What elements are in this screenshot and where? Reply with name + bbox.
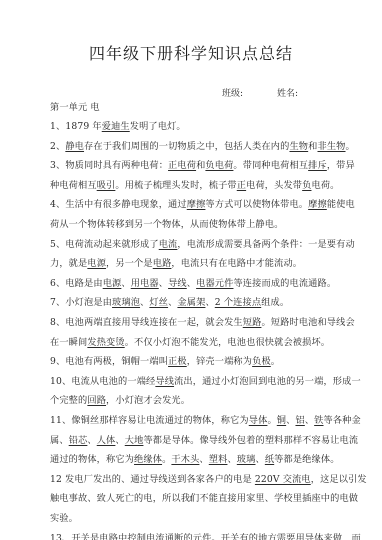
text-segment: 。不仅小灯泡不能发光，电池也很快就会被损坏。 <box>125 337 330 348</box>
text-line: 8、电池两端直接用导线连接在一起，就会发生短路。短路时电池和导线会 <box>50 317 350 329</box>
text-segment: 属、 <box>50 435 69 446</box>
text-segment: 电荷，头发带 <box>246 180 302 191</box>
key-term: 爱迪生 <box>102 121 130 132</box>
key-term: 正极 <box>168 356 187 367</box>
text-line: 触电事故、致人死亡的电，所以我们不能直接用家里、学校里插座中的电做 <box>50 493 350 505</box>
key-term: 灯丝 <box>149 297 168 308</box>
page-number: 1 <box>189 496 193 503</box>
key-term: 导线 <box>168 278 187 289</box>
key-term: 发热变烫 <box>87 337 124 348</box>
text-segment: 和 <box>308 141 317 152</box>
key-term: 铅芯 <box>69 435 88 446</box>
key-term: 铜 <box>277 415 286 426</box>
document-page: 四年级下册科学知识点总结 班级: 姓名: 第一单元 电 1、1879 年爱迪生发… <box>0 0 382 540</box>
text-segment: 等都是导体。像导线外包着的塑料那样不容易让电流 <box>143 435 358 446</box>
text-segment: 等各种金 <box>324 415 361 426</box>
key-term: 干木头 <box>171 454 199 465</box>
key-term: 电源 <box>103 278 122 289</box>
text-segment: ，另一个是 <box>106 258 153 269</box>
text-segment: 荷从一个物体转移到另一个物体，从而使物体带上静电。 <box>50 219 283 230</box>
text-line: 4、生活中有很多静电现象，通过摩擦等方式可以使物体带电。摩擦能使电 <box>50 199 350 211</box>
text-segment: ，这足以引发 <box>311 474 367 485</box>
text-line: 种电荷相互吸引。用梳子梳理头发时，梳子带正电荷，头发带负电荷。 <box>50 180 350 192</box>
text-segment: 7、小灯泡是由 <box>50 297 112 308</box>
text-segment: 9、电池有两极，铜帽一端叫 <box>50 356 168 367</box>
text-segment: 13、 <box>50 533 71 540</box>
text-segment: 、 <box>121 278 130 289</box>
key-term: 静电 <box>65 141 84 152</box>
text-segment: 。 <box>346 141 355 152</box>
text-line: 通过的物体，称它为绝缘体。干木头、塑料、玻璃、纸等都是绝缘体。 <box>50 454 350 466</box>
key-term: 非生物 <box>318 141 346 152</box>
document-title: 四年级下册科学知识点总结 <box>0 41 382 64</box>
key-term: 吸引 <box>97 180 116 191</box>
text-segment: 、 <box>199 454 208 465</box>
class-label: 班级: <box>222 86 243 99</box>
key-term: 大地 <box>125 435 144 446</box>
key-term: 生物 <box>289 141 308 152</box>
key-term: 排斥 <box>308 160 327 171</box>
key-term: 负极 <box>252 356 271 367</box>
key-term: 2 个连接点 <box>215 297 261 308</box>
text-line: 13、开关是电路中控制电流通断的元件。开关有的地方需要用导体来做，而 <box>50 533 350 540</box>
text-segment: 。带同种电荷相互 <box>233 160 308 171</box>
key-term: 开关 <box>71 533 90 540</box>
text-segment: 11、像铜丝那样容易让电流通过的物体，称它为 <box>50 415 249 426</box>
text-segment: 。 <box>271 356 280 367</box>
text-segment: 电荷。 <box>311 180 339 191</box>
text-line: 10、电流从电池的一端经导线流出，通过小灯泡回到电池的另一端，形成一 <box>50 376 350 388</box>
key-term: 导体 <box>249 415 268 426</box>
text-segment: 发明了电灯。 <box>130 121 186 132</box>
text-segment: 、 <box>159 278 168 289</box>
text-line: 荷从一个物体转移到另一个物体，从而使物体带上静电。 <box>50 219 350 231</box>
text-segment: 组成。 <box>261 297 289 308</box>
text-segment: 能使电 <box>327 199 355 210</box>
key-term: 人体 <box>97 435 116 446</box>
text-segment: 、 <box>115 435 124 446</box>
text-line: 5、电荷流动起来就形成了电流，电流形成需要具备两个条件：一是要有动 <box>50 239 350 251</box>
text-segment: 流出，通过小灯泡回到电池的另一端，形成一 <box>174 376 361 387</box>
text-segment: 和 <box>196 160 205 171</box>
text-segment: 、 <box>227 454 236 465</box>
key-term: 绝缘体 <box>134 454 162 465</box>
text-segment: 触电事故、致人死亡的电，所以我们不能直接用家里、学校里插座中的电做 <box>50 493 358 504</box>
key-term: 玻璃泡 <box>112 297 140 308</box>
text-segment: 。 <box>162 454 171 465</box>
key-term: 正电荷 <box>168 160 196 171</box>
key-term: 正 <box>237 180 246 191</box>
key-term: 铁 <box>314 415 323 426</box>
text-segment: 。 <box>267 415 276 426</box>
text-segment: 1、1879 年 <box>50 121 102 132</box>
text-line: 6、电路是由电源、用电器、导线、电器元件等连接而成的电流通路。 <box>50 278 350 290</box>
text-segment: 来做，而 <box>323 533 360 540</box>
key-term: 短路 <box>243 317 262 328</box>
text-segment: 12 发电厂发出的、通过导线送到各家各户的电是 <box>50 474 255 485</box>
text-segment: 等连接而成的电流通路。 <box>233 278 336 289</box>
key-term: 220V 交流电 <box>255 474 311 485</box>
name-label: 姓名: <box>277 86 298 99</box>
key-term: 用电器 <box>131 278 159 289</box>
key-term: 摩擦 <box>308 199 327 210</box>
text-segment: ，带异 <box>327 160 355 171</box>
text-line: 2、静电存在于我们周围的一切物质之中，包括人类在内的生物和非生物。 <box>50 141 350 153</box>
text-line: 在一瞬间发热变烫。不仅小灯泡不能发光，电池也很快就会被损坏。 <box>50 337 350 349</box>
text-segment: ，锌壳一端称为 <box>187 356 252 367</box>
key-term: 玻璃 <box>237 454 256 465</box>
text-segment: 在一瞬间 <box>50 337 87 348</box>
key-term: 电源 <box>87 258 106 269</box>
unit-heading: 第一单元 电 <box>50 102 350 114</box>
text-segment: 6、电路是由 <box>50 278 103 289</box>
text-segment: 3、物质同时具有两种电荷： <box>50 160 168 171</box>
key-term: 电流 <box>159 239 178 250</box>
key-term: 导线 <box>155 376 174 387</box>
text-line: 12 发电厂发出的、通过导线送到各家各户的电是 220V 交流电，这足以引发 <box>50 474 350 486</box>
text-segment: 。用梳子梳理头发时，梳子带 <box>115 180 236 191</box>
text-segment: 、 <box>305 415 314 426</box>
text-segment: 8、电池两端直接用导线连接在一起，就会发生 <box>50 317 243 328</box>
text-line: 个完整的回路，小灯泡才会发光。 <box>50 395 350 407</box>
key-term: 纸 <box>265 454 274 465</box>
text-segment: 、 <box>187 278 196 289</box>
text-segment: 。短路时电池和导线会 <box>261 317 354 328</box>
text-segment: 、 <box>140 297 149 308</box>
text-segment: 是电路中控制电流通断的元件。开关有的地方需要用 <box>90 533 305 540</box>
text-segment: ，电流形成需要具备两个条件：一是要有动 <box>177 239 354 250</box>
key-term: 导体 <box>305 533 324 540</box>
text-segment: 存在于我们周围的一切物质之中，包括人类在内的 <box>84 141 289 152</box>
text-segment: 10、电流从电池的一端经 <box>50 376 155 387</box>
text-segment: 实验。 <box>50 513 78 524</box>
text-line: 力，就是电源，另一个是电路，电流只有在电路中才能流动。 <box>50 258 350 270</box>
key-term: 摩擦 <box>187 199 206 210</box>
text-segment: 等方式可以使物体带电。 <box>205 199 308 210</box>
text-segment: 、 <box>205 297 214 308</box>
text-line: 实验。 <box>50 513 350 525</box>
text-segment: 等都是绝缘体。 <box>274 454 339 465</box>
key-term: 塑料 <box>209 454 228 465</box>
key-term: 负电荷 <box>205 160 233 171</box>
text-segment: 种电荷相互 <box>50 180 97 191</box>
text-line: 属、铅芯、人体、大地等都是导体。像导线外包着的塑料那样不容易让电流 <box>50 435 350 447</box>
text-line: 7、小灯泡是由玻璃泡、灯丝、金属架、2 个连接点组成。 <box>50 297 350 309</box>
key-term: 金属架 <box>177 297 205 308</box>
text-line: 3、物质同时具有两种电荷：正电荷和负电荷。带同种电荷相互排斥，带异 <box>50 160 350 172</box>
key-term: 铝 <box>295 415 304 426</box>
text-line: 11、像铜丝那样容易让电流通过的物体，称它为导体。铜、铝、铁等各种金 <box>50 415 350 427</box>
key-term: 电路 <box>153 258 172 269</box>
text-line: 9、电池有两极，铜帽一端叫正极，锌壳一端称为负极。 <box>50 356 350 368</box>
text-segment: ，小灯泡才会发光。 <box>106 395 190 406</box>
text-segment: ，电流只有在电路中才能流动。 <box>171 258 302 269</box>
key-term: 回路 <box>87 395 106 406</box>
text-segment: 通过的物体，称它为 <box>50 454 134 465</box>
key-term: 电器元件 <box>196 278 233 289</box>
text-segment: 2、 <box>50 141 65 152</box>
text-segment: 个完整的 <box>50 395 87 406</box>
text-segment: 4、生活中有很多静电现象，通过 <box>50 199 187 210</box>
text-segment: 5、电荷流动起来就形成了 <box>50 239 159 250</box>
text-segment: 力，就是 <box>50 258 87 269</box>
text-segment: 、 <box>87 435 96 446</box>
text-segment: 、 <box>255 454 264 465</box>
text-line: 1、1879 年爱迪生发明了电灯。 <box>50 121 350 133</box>
